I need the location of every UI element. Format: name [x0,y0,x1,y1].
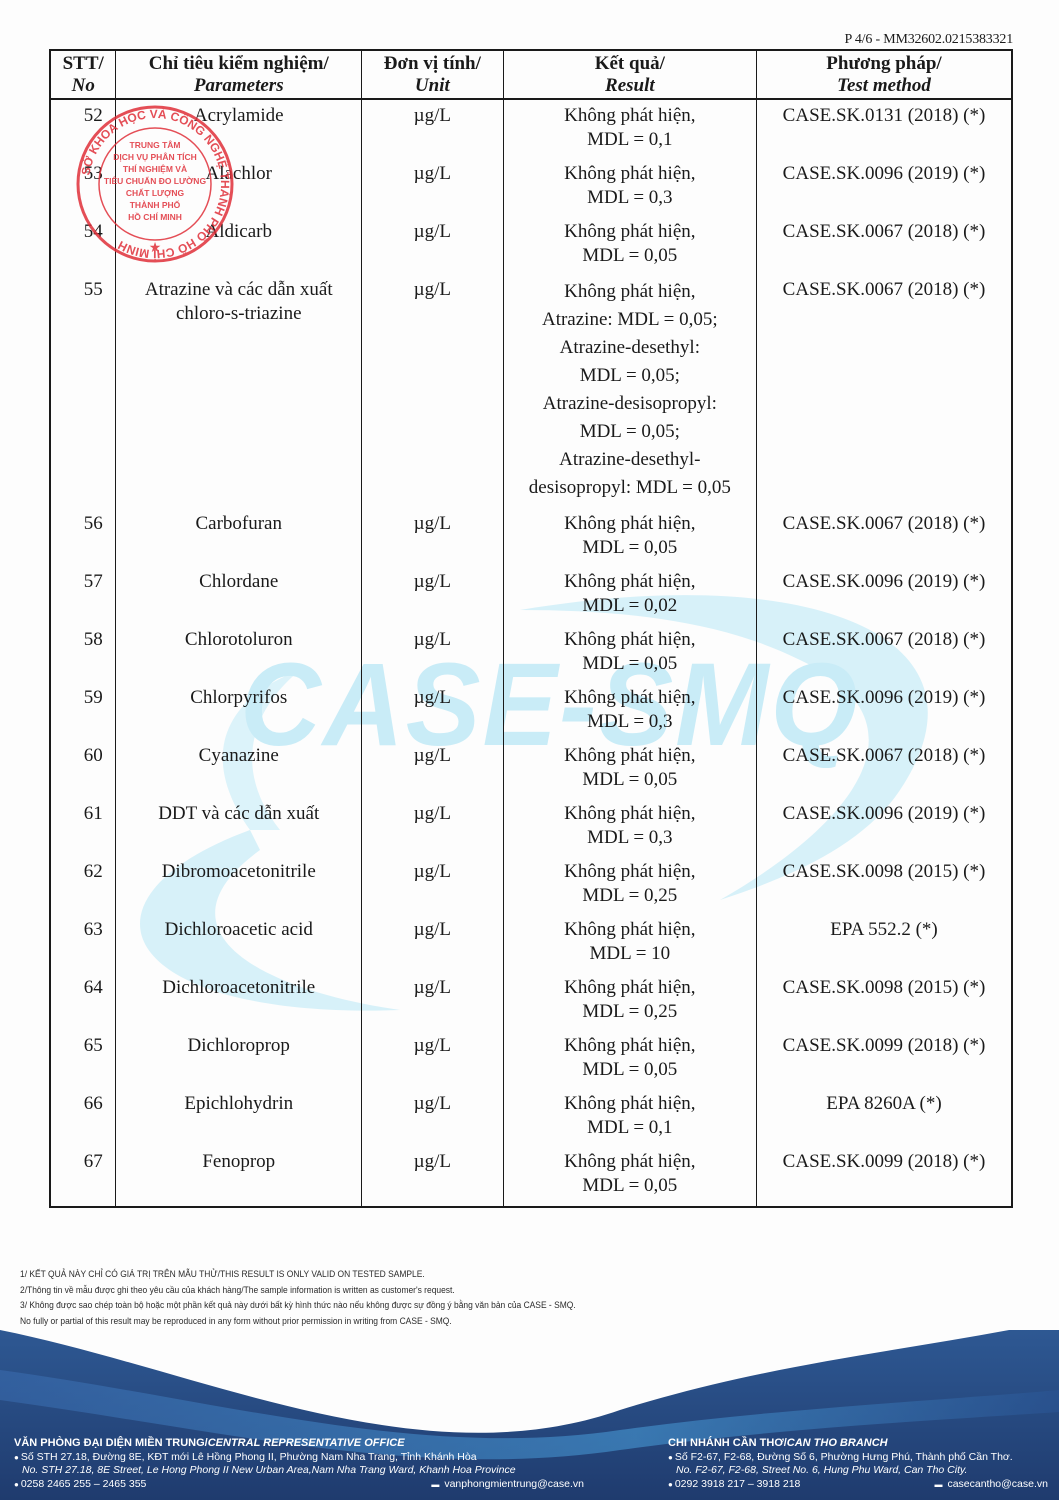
result-line: Không phát hiện, [508,1034,752,1058]
result-line: Không phát hiện, [508,628,752,652]
row-result: Không phát hiện,Atrazine: MDL = 0,05;Atr… [503,274,756,508]
header-unit: Đơn vị tính/ Unit [362,50,504,99]
result-line: MDL = 0,3 [508,826,752,850]
official-stamp-icon: SỞ KHOA HỌC VÀ CÔNG NGHỆ THÀNH PHỐ HỒ CH… [75,104,235,264]
stamp-inner-line: CHẤT LƯỢNG [126,188,185,198]
row-result: Không phát hiện,MDL = 0,02 [503,566,756,624]
result-line: MDL = 0,25 [508,884,752,908]
row-result: Không phát hiện,MDL = 0,3 [503,158,756,216]
row-unit: µg/L [362,740,504,798]
row-parameter: Dichloroacetic acid [116,914,362,972]
location-pin-icon: ● [668,1453,673,1462]
result-line: Atrazine-desethyl- [508,446,752,474]
result-line: MDL = 0,05 [508,652,752,676]
row-test-method: CASE.SK.0098 (2015) (*) [757,972,1012,1030]
result-line: Không phát hiện, [508,976,752,1000]
row-test-method: CASE.SK.0131 (2018) (*) [757,99,1012,158]
row-number: 60 [50,740,116,798]
result-line: Không phát hiện, [508,744,752,768]
row-parameter: Carbofuran [116,508,362,566]
row-number: 66 [50,1088,116,1146]
row-number: 56 [50,508,116,566]
row-parameter: Epichlohydrin [116,1088,362,1146]
central-office-address-en: No. STH 27.18, 8E Street, Le Hong Phong … [14,1464,614,1478]
result-line: MDL = 0,05 [508,244,752,268]
result-line: MDL = 0,05 [508,536,752,560]
result-line: Không phát hiện, [508,802,752,826]
row-number: 58 [50,624,116,682]
row-unit: µg/L [362,624,504,682]
row-test-method: CASE.SK.0098 (2015) (*) [757,856,1012,914]
row-number: 55 [50,274,116,508]
table-row: 60Cyanazineµg/LKhông phát hiện,MDL = 0,0… [50,740,1012,798]
row-number: 65 [50,1030,116,1088]
row-parameter: Cyanazine [116,740,362,798]
mail-icon: ▬ [431,1480,439,1489]
row-parameter: Dibromoacetonitrile [116,856,362,914]
disclaimer-line: 1/ KẾT QUẢ NÀY CHỈ CÓ GIÁ TRỊ TRÊN MẪU T… [20,1267,576,1283]
result-line: MDL = 0,3 [508,186,752,210]
row-parameter: Chlorotoluron [116,624,362,682]
row-unit: µg/L [362,216,504,274]
row-result: Không phát hiện,MDL = 0,05 [503,508,756,566]
disclaimer: 1/ KẾT QUẢ NÀY CHỈ CÓ GIÁ TRỊ TRÊN MẪU T… [20,1267,576,1329]
disclaimer-line: 2/Thông tin về mẫu được ghi theo yêu cầu… [20,1283,576,1299]
row-result: Không phát hiện,MDL = 0,05 [503,216,756,274]
row-test-method: CASE.SK.0096 (2019) (*) [757,158,1012,216]
table-row: 66Epichlohydrinµg/LKhông phát hiện,MDL =… [50,1088,1012,1146]
result-line: MDL = 0,1 [508,128,752,152]
row-test-method: CASE.SK.0067 (2018) (*) [757,740,1012,798]
table-row: 59Chlorpyrifosµg/LKhông phát hiện,MDL = … [50,682,1012,740]
result-line: Không phát hiện, [508,1150,752,1174]
row-result: Không phát hiện,MDL = 0,3 [503,682,756,740]
row-unit: µg/L [362,1146,504,1207]
cantho-branch-info: CHI NHÁNH CẦN THƠ/CAN THO BRANCH ●Số F2-… [668,1437,1048,1491]
cantho-branch-phone: ●0292 3918 217 – 3918 218 [668,1478,800,1492]
table-row: 55Atrazine và các dẫn xuất chloro-s-tria… [50,274,1012,508]
result-line: MDL = 0,02 [508,594,752,618]
row-unit: µg/L [362,566,504,624]
row-result: Không phát hiện,MDL = 0,05 [503,1030,756,1088]
mail-icon: ▬ [935,1480,943,1489]
row-unit: µg/L [362,158,504,216]
result-line: MDL = 0,25 [508,1000,752,1024]
result-line: Không phát hiện, [508,104,752,128]
row-parameter: Chlorpyrifos [116,682,362,740]
result-line: Atrazine: MDL = 0,05; [508,306,752,334]
row-test-method: CASE.SK.0096 (2019) (*) [757,682,1012,740]
result-line: Atrazine-desethyl: [508,334,752,362]
stamp-inner-line: THÀNH PHỐ [130,199,181,210]
phone-icon: ● [668,1480,673,1489]
row-result: Không phát hiện,MDL = 0,1 [503,99,756,158]
result-line: desisopropyl: MDL = 0,05 [508,474,752,502]
row-result: Không phát hiện,MDL = 0,05 [503,624,756,682]
table-row: 67Fenopropµg/LKhông phát hiện,MDL = 0,05… [50,1146,1012,1207]
result-line: MDL = 0,3 [508,710,752,734]
row-result: Không phát hiện,MDL = 0,3 [503,798,756,856]
row-unit: µg/L [362,798,504,856]
table-row: 56Carbofuranµg/LKhông phát hiện,MDL = 0,… [50,508,1012,566]
phone-icon: ● [14,1480,19,1489]
table-body: 52Acrylamideµg/LKhông phát hiện,MDL = 0,… [50,99,1012,1207]
row-parameter: Chlordane [116,566,362,624]
central-office-address: ●Số STH 27.18, Đường 8E, KĐT mới Lê Hồng… [14,1451,614,1465]
result-line: MDL = 0,05 [508,1174,752,1198]
row-parameter: DDT và các dẫn xuất [116,798,362,856]
row-unit: µg/L [362,508,504,566]
table-row: 57Chlordaneµg/LKhông phát hiện,MDL = 0,0… [50,566,1012,624]
cantho-branch-address: ●Số F2-67, F2-68, Đường Số 6, Phường Hưn… [668,1451,1048,1465]
row-number: 62 [50,856,116,914]
row-unit: µg/L [362,1088,504,1146]
central-office-title: VĂN PHÒNG ĐẠI DIỆN MIỀN TRUNG/CENTRAL RE… [14,1437,614,1451]
result-line: Không phát hiện, [508,860,752,884]
row-number: 63 [50,914,116,972]
row-result: Không phát hiện,MDL = 0,25 [503,972,756,1030]
central-office-email[interactable]: ▬ vanphongmientrung@case.vn [431,1478,584,1492]
row-unit: µg/L [362,914,504,972]
row-test-method: EPA 552.2 (*) [757,914,1012,972]
result-line: Không phát hiện, [508,162,752,186]
row-number: 67 [50,1146,116,1207]
result-line: Không phát hiện, [508,686,752,710]
table-row: 61DDT và các dẫn xuấtµg/LKhông phát hiện… [50,798,1012,856]
result-line: MDL = 0,05; [508,418,752,446]
row-unit: µg/L [362,99,504,158]
row-test-method: CASE.SK.0099 (2018) (*) [757,1146,1012,1207]
table-row: 64Dichloroacetonitrileµg/LKhông phát hiệ… [50,972,1012,1030]
table-header-row: STT/ No Chỉ tiêu kiểm nghiệm/ Parameters… [50,50,1012,99]
row-number: 59 [50,682,116,740]
result-line: Không phát hiện, [508,918,752,942]
stamp-inner-line: THÍ NGHIỆM VÀ [123,163,187,174]
row-parameter: Fenoprop [116,1146,362,1207]
row-unit: µg/L [362,682,504,740]
row-unit: µg/L [362,972,504,1030]
row-parameter: Dichloroacetonitrile [116,972,362,1030]
row-result: Không phát hiện,MDL = 10 [503,914,756,972]
result-line: Không phát hiện, [508,1092,752,1116]
result-line: MDL = 10 [508,942,752,966]
row-test-method: EPA 8260A (*) [757,1088,1012,1146]
row-parameter: Atrazine và các dẫn xuất chloro-s-triazi… [116,274,362,508]
result-line: MDL = 0,1 [508,1116,752,1140]
row-parameter: Dichloroprop [116,1030,362,1088]
row-unit: µg/L [362,856,504,914]
row-test-method: CASE.SK.0067 (2018) (*) [757,624,1012,682]
row-result: Không phát hiện,MDL = 0,05 [503,740,756,798]
header-test-method: Phương pháp/ Test method [757,50,1012,99]
stamp-inner-line: HỒ CHÍ MINH [128,211,182,222]
row-result: Không phát hiện,MDL = 0,25 [503,856,756,914]
cantho-branch-email[interactable]: ▬ casecantho@case.vn [935,1478,1048,1492]
result-line: Không phát hiện, [508,570,752,594]
cantho-branch-address-en: No. F2-67, F2-68, Street No. 6, Hung Phu… [668,1464,1048,1478]
table-row: 58Chlorotoluronµg/LKhông phát hiện,MDL =… [50,624,1012,682]
row-number: 57 [50,566,116,624]
row-result: Không phát hiện,MDL = 0,05 [503,1146,756,1207]
result-line: Không phát hiện, [508,512,752,536]
location-pin-icon: ● [14,1453,19,1462]
stamp-inner-line: TIÊU CHUẨN ĐO LƯỜNG [104,175,207,186]
row-test-method: CASE.SK.0096 (2019) (*) [757,566,1012,624]
row-test-method: CASE.SK.0067 (2018) (*) [757,216,1012,274]
disclaimer-line: 3/ Không được sao chép toàn bộ hoặc một … [20,1298,576,1314]
cantho-branch-title: CHI NHÁNH CẦN THƠ/CAN THO BRANCH [668,1437,1048,1451]
stamp-inner-line: DỊCH VỤ PHÂN TÍCH [113,151,197,162]
header-result: Kết quả/ Result [503,50,756,99]
page-reference: P 4/6 - MM32602.0215383321 [844,32,1013,48]
central-office-phone: ●0258 2465 255 – 2465 355 [14,1478,146,1492]
row-test-method: CASE.SK.0067 (2018) (*) [757,274,1012,508]
result-line: Không phát hiện, [508,220,752,244]
table-row: 63Dichloroacetic acidµg/LKhông phát hiện… [50,914,1012,972]
row-result: Không phát hiện,MDL = 0,1 [503,1088,756,1146]
result-line: MDL = 0,05; [508,362,752,390]
result-line: Không phát hiện, [508,278,752,306]
stamp-inner-line: TRUNG TÂM [130,139,181,150]
row-test-method: CASE.SK.0067 (2018) (*) [757,508,1012,566]
row-number: 64 [50,972,116,1030]
row-test-method: CASE.SK.0096 (2019) (*) [757,798,1012,856]
header-parameters: Chỉ tiêu kiểm nghiệm/ Parameters [116,50,362,99]
table-row: 65Dichloropropµg/LKhông phát hiện,MDL = … [50,1030,1012,1088]
result-line: MDL = 0,05 [508,768,752,792]
central-office-info: VĂN PHÒNG ĐẠI DIỆN MIỀN TRUNG/CENTRAL RE… [14,1437,614,1491]
header-no: STT/ No [50,50,116,99]
row-unit: µg/L [362,1030,504,1088]
stamp-star-icon: ★ [149,241,162,256]
row-unit: µg/L [362,274,504,508]
row-number: 61 [50,798,116,856]
result-line: MDL = 0,05 [508,1058,752,1082]
result-line: Atrazine-desisopropyl: [508,390,752,418]
row-test-method: CASE.SK.0099 (2018) (*) [757,1030,1012,1088]
disclaimer-line: No fully or partial of this result may b… [20,1314,576,1330]
table-row: 62Dibromoacetonitrileµg/LKhông phát hiện… [50,856,1012,914]
